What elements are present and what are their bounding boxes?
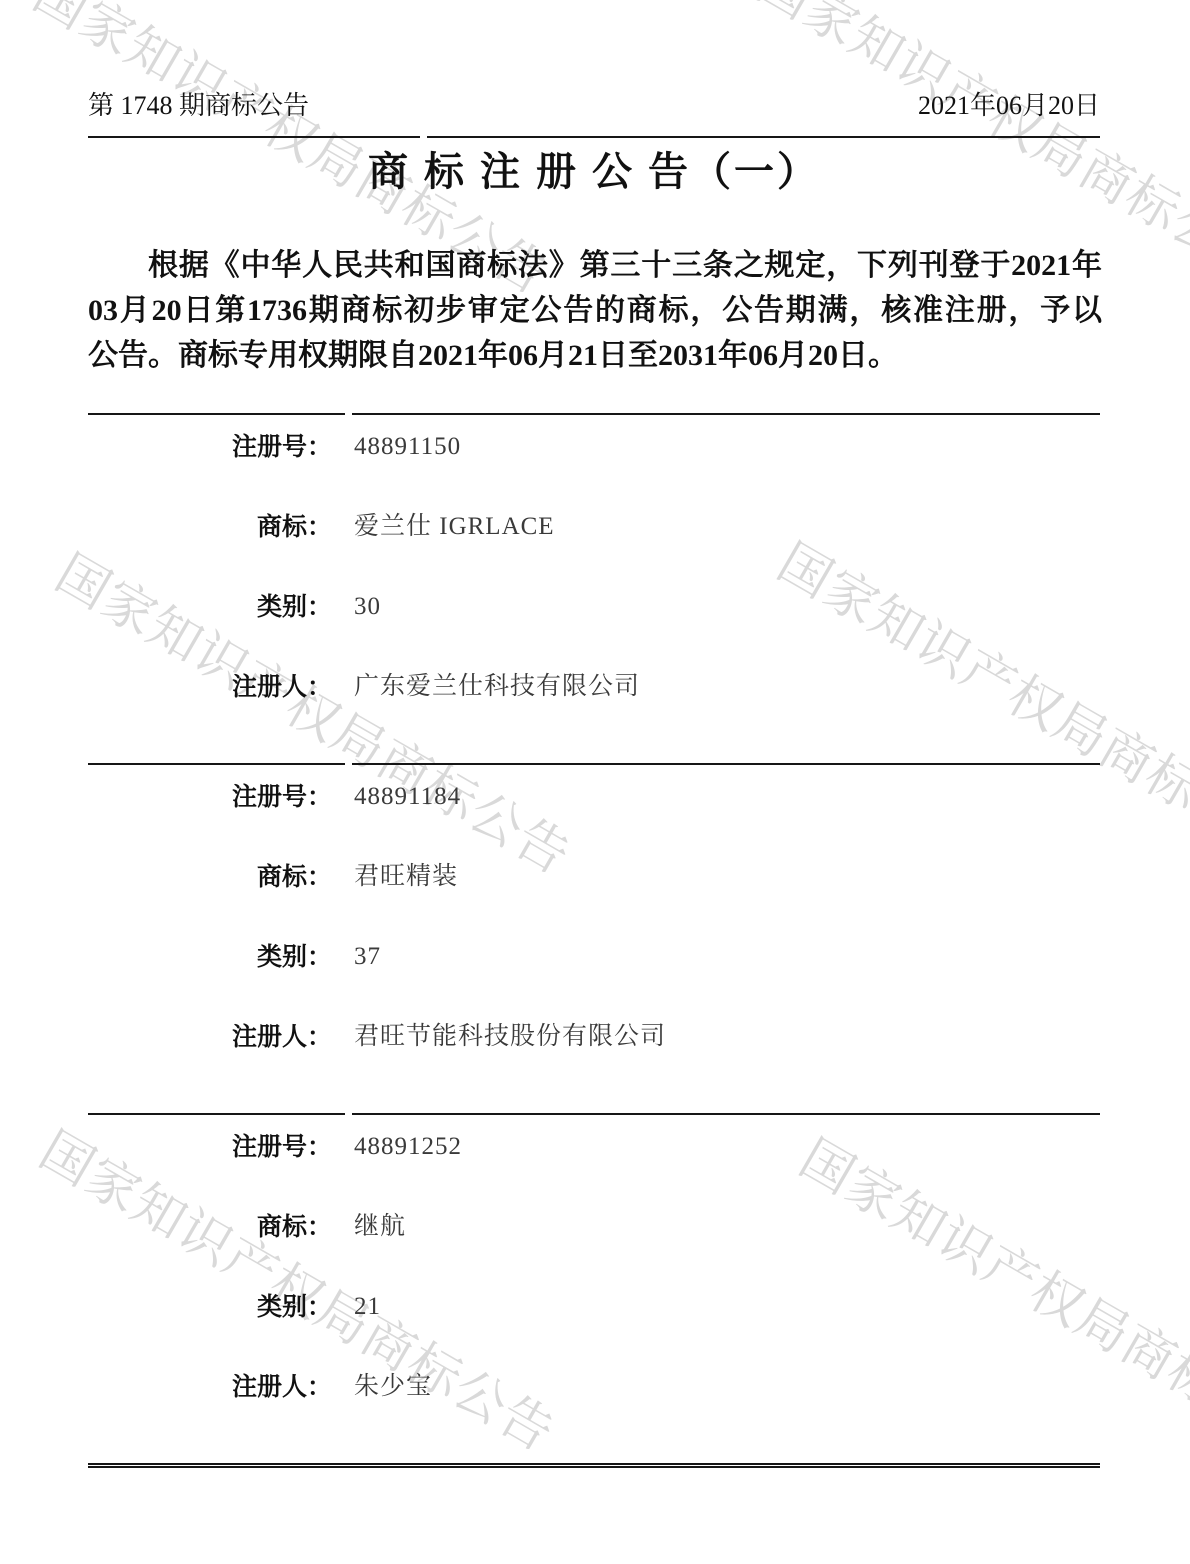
field-value-trademark: 继航 bbox=[354, 1213, 406, 1241]
intro-line: 03月20日第1736期商标初步审定公告的商标，公告期满，核准注册，予以 bbox=[88, 288, 1102, 333]
field-value-reg-no: 48891150 bbox=[354, 433, 461, 461]
field-label-trademark: 商标： bbox=[88, 1213, 332, 1241]
record-separator-segment bbox=[352, 763, 1100, 765]
field-value-registrant: 广东爱兰仕科技有限公司 bbox=[354, 673, 640, 701]
record-separator bbox=[88, 1113, 1100, 1115]
record-separator-segment bbox=[352, 413, 1100, 415]
field-label-reg-no: 注册号： bbox=[88, 1133, 332, 1161]
field-value-category: 37 bbox=[354, 943, 381, 971]
page-header: 第 1748 期商标公告 2021年06月20日 bbox=[88, 90, 1100, 122]
gazette-page: 国家知识产权局商标公告 国家知识产权局商标公告 国家知识产权局商标公告 国家知识… bbox=[0, 0, 1190, 1564]
field-value-trademark: 爱兰仕 IGRLACE bbox=[354, 513, 555, 541]
field-label-trademark: 商标： bbox=[88, 863, 332, 891]
intro-line: 根据《中华人民共和国商标法》第三十三条之规定，下列刊登于2021年 bbox=[88, 243, 1102, 288]
field-label-registrant: 注册人： bbox=[88, 673, 332, 701]
records-section: 注册号： 48891150 商标： 爱兰仕 IGRLACE 类别： 30 注册人… bbox=[88, 413, 1100, 1468]
field-label-trademark: 商标： bbox=[88, 513, 332, 541]
record-rows: 注册号： 48891184 商标： 君旺精装 类别： 37 注册人： 君旺节能科… bbox=[88, 765, 1100, 1103]
trademark-record: 注册号： 48891184 商标： 君旺精装 类别： 37 注册人： 君旺节能科… bbox=[88, 763, 1100, 1103]
field-value-trademark: 君旺精装 bbox=[354, 863, 458, 891]
record-separator-segment bbox=[88, 1113, 345, 1115]
header-rule-segment bbox=[88, 136, 420, 138]
field-row: 商标： 爱兰仕 IGRLACE bbox=[88, 513, 1100, 593]
field-row: 类别： 21 bbox=[88, 1293, 1100, 1373]
field-label-category: 类别： bbox=[88, 943, 332, 971]
field-row: 注册号： 48891252 bbox=[88, 1133, 1100, 1213]
field-label-reg-no: 注册号： bbox=[88, 783, 332, 811]
field-row: 注册号： 48891184 bbox=[88, 783, 1100, 863]
record-separator-segment bbox=[88, 413, 345, 415]
header-rule bbox=[88, 136, 1100, 138]
field-value-reg-no: 48891252 bbox=[354, 1133, 462, 1161]
trademark-record: 注册号： 48891150 商标： 爱兰仕 IGRLACE 类别： 30 注册人… bbox=[88, 413, 1100, 753]
field-label-category: 类别： bbox=[88, 593, 332, 621]
header-rule-segment bbox=[427, 136, 1100, 138]
page-content: 第 1748 期商标公告 2021年06月20日 商 标 注 册 公 告（一） … bbox=[0, 0, 1190, 1564]
field-label-registrant: 注册人： bbox=[88, 1023, 332, 1051]
field-row: 类别： 30 bbox=[88, 593, 1100, 673]
record-separator bbox=[88, 413, 1100, 415]
field-row: 商标： 君旺精装 bbox=[88, 863, 1100, 943]
record-separator bbox=[88, 763, 1100, 765]
record-rows: 注册号： 48891252 商标： 继航 类别： 21 注册人： 朱少宝 bbox=[88, 1115, 1100, 1453]
field-row: 注册人： 君旺节能科技股份有限公司 bbox=[88, 1023, 1100, 1103]
field-row: 类别： 37 bbox=[88, 943, 1100, 1023]
field-label-registrant: 注册人： bbox=[88, 1373, 332, 1401]
field-row: 注册号： 48891150 bbox=[88, 433, 1100, 513]
field-value-category: 30 bbox=[354, 593, 381, 621]
date-label: 2021年06月20日 bbox=[918, 90, 1100, 122]
field-row: 注册人： 朱少宝 bbox=[88, 1373, 1100, 1453]
record-rows: 注册号： 48891150 商标： 爱兰仕 IGRLACE 类别： 30 注册人… bbox=[88, 415, 1100, 753]
field-value-registrant: 朱少宝 bbox=[354, 1373, 432, 1401]
intro-line: 公告。商标专用权期限自2021年06月21日至2031年06月20日。 bbox=[88, 333, 1102, 378]
field-label-category: 类别： bbox=[88, 1293, 332, 1321]
field-value-reg-no: 48891184 bbox=[354, 783, 461, 811]
field-row: 商标： 继航 bbox=[88, 1213, 1100, 1293]
intro-paragraph: 根据《中华人民共和国商标法》第三十三条之规定，下列刊登于2021年 03月20日… bbox=[88, 243, 1102, 378]
record-separator-segment bbox=[88, 763, 345, 765]
field-value-category: 21 bbox=[354, 1293, 381, 1321]
field-label-reg-no: 注册号： bbox=[88, 433, 332, 461]
trademark-record: 注册号： 48891252 商标： 继航 类别： 21 注册人： 朱少宝 bbox=[88, 1113, 1100, 1453]
page-bottom-rule bbox=[88, 1463, 1100, 1468]
field-value-registrant: 君旺节能科技股份有限公司 bbox=[354, 1023, 666, 1051]
record-separator-segment bbox=[352, 1113, 1100, 1115]
field-row: 注册人： 广东爱兰仕科技有限公司 bbox=[88, 673, 1100, 753]
issue-label: 第 1748 期商标公告 bbox=[88, 90, 309, 122]
page-title: 商 标 注 册 公 告（一） bbox=[88, 146, 1100, 198]
